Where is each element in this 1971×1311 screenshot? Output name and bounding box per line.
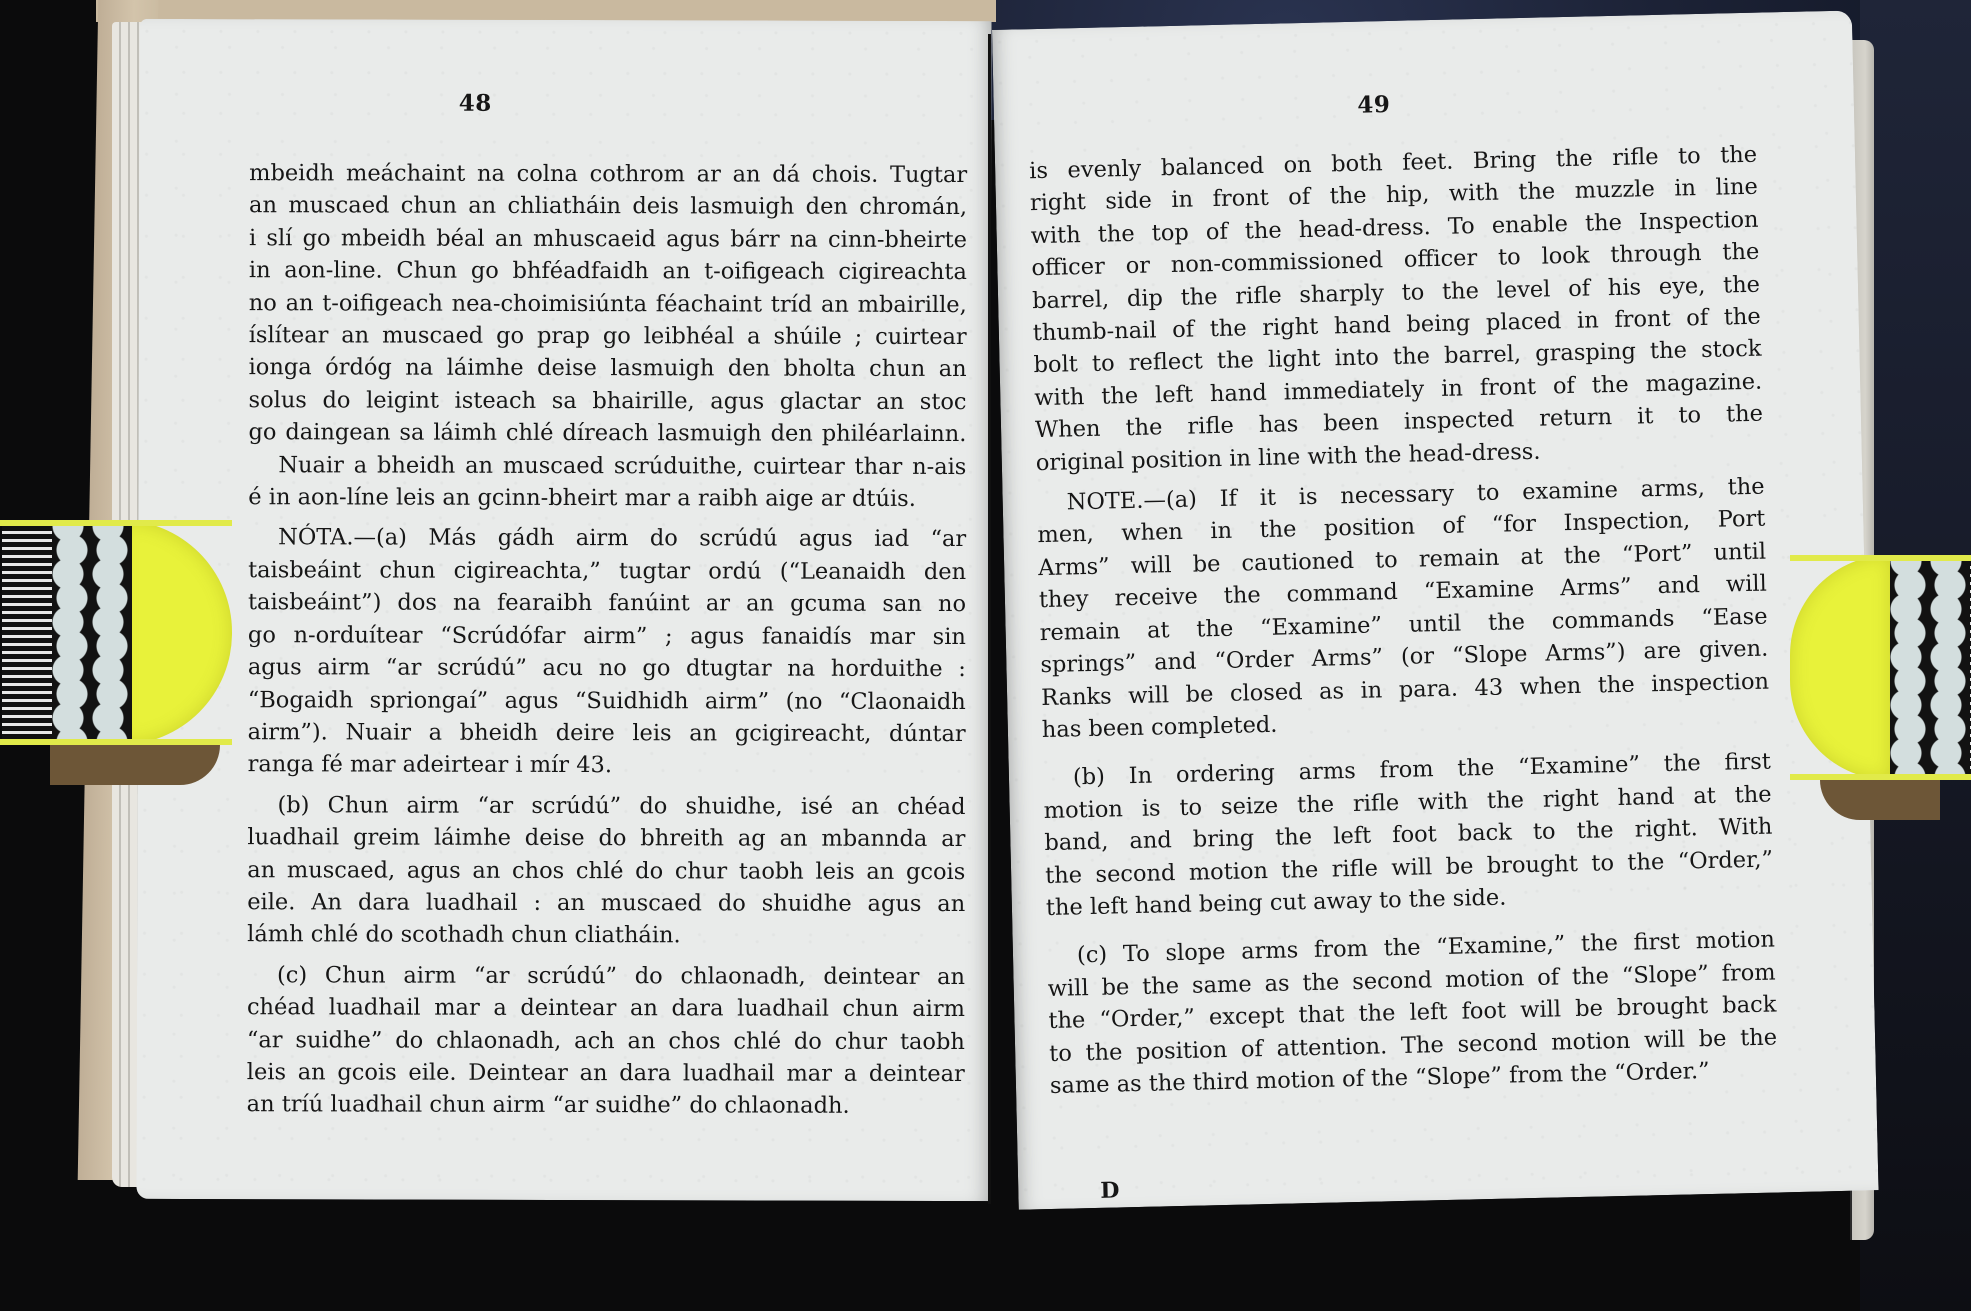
paragraph: is evenly balanced on both feet. Bring t… bbox=[1029, 139, 1764, 479]
text-line: (c) Chun airm “ar scrúdú” do chlaonadh, … bbox=[247, 959, 965, 993]
page-number-right: 49 bbox=[944, 82, 1804, 129]
note-paragraph-c: (c) To slope arms from the “Examine,” th… bbox=[1047, 924, 1778, 1103]
paragraph: Nuair a bheidh an muscaed scrúduithe, cu… bbox=[248, 449, 966, 516]
text-line: no an t-oifigeach nea-choimisiúnta féach… bbox=[249, 287, 967, 321]
clip-shadow bbox=[50, 745, 220, 785]
clip-dot-pattern bbox=[52, 526, 132, 739]
clip-dot-pattern bbox=[1890, 561, 1970, 774]
text-line: ionga órdóg na láimhe deise lasmuigh den… bbox=[249, 352, 967, 386]
text-line: taisbeáint chun cigireachta,” tugtar ord… bbox=[248, 554, 966, 588]
left-page: 48 mbeidh meáchaint na colna cothrom ar … bbox=[136, 19, 991, 1201]
text-line: an muscaed chun an chliatháin deis lasmu… bbox=[249, 190, 967, 224]
text-line: mbeidh meáchaint na colna cothrom ar an … bbox=[249, 157, 967, 191]
text-line: NÓTA.—(a) Más gádh airm do scrúdú agus i… bbox=[248, 522, 966, 556]
left-page-clip[interactable] bbox=[0, 520, 232, 745]
note-paragraph-a: NOTE.—(a) If it is necessary to examine … bbox=[1036, 471, 1770, 747]
right-page-clip[interactable] bbox=[1790, 555, 1971, 780]
text-line: (b) Chun airm “ar scrúdú” do shuidhe, is… bbox=[247, 789, 965, 823]
text-line: lámh chlé do scothadh chun cliatháin. bbox=[247, 919, 965, 953]
text-line: ranga fé mar adeirtear i mír 43. bbox=[248, 748, 966, 782]
note-paragraph-a: NÓTA.—(a) Más gádh airm do scrúdú agus i… bbox=[248, 522, 967, 783]
page-number-left: 48 bbox=[49, 89, 901, 118]
text-line: “ar suidhe” do chlaonadh, ach an chos ch… bbox=[247, 1024, 965, 1058]
left-page-text: mbeidh meáchaint na colna cothrom ar an … bbox=[247, 157, 968, 1123]
right-page-text: is evenly balanced on both feet. Bring t… bbox=[1029, 139, 1778, 1103]
text-line: “Bogaidh spriongaí” agus “Suidhidh airm”… bbox=[248, 684, 966, 718]
note-paragraph-b: (b) Chun airm “ar scrúdú” do shuidhe, is… bbox=[247, 789, 965, 953]
clip-stripe-pattern bbox=[2, 526, 52, 739]
text-line: taisbeáint”) dos na fearaibh fanúint ar … bbox=[248, 586, 966, 620]
note-paragraph-b: (b) In ordering arms from the “Examine” … bbox=[1043, 746, 1774, 925]
page-clip-icon bbox=[1790, 555, 1890, 780]
note-paragraph-c: (c) Chun airm “ar scrúdú” do chlaonadh, … bbox=[247, 959, 965, 1123]
text-line: luadhail greim láimhe deise do bhreith a… bbox=[247, 821, 965, 855]
text-line: é in aon-líne leis an gcinn-bheirt mar a… bbox=[248, 481, 966, 515]
text-line: go n-orduítear “Scrúdófar airm” ; agus f… bbox=[248, 619, 966, 653]
text-line: solus do leigint isteach sa bhairille, a… bbox=[249, 384, 967, 418]
text-line: i slí go mbeidh béal an mhuscaeid agus b… bbox=[249, 222, 967, 256]
text-line: go daingean sa láimh chlé díreach lasmui… bbox=[248, 416, 966, 450]
clip-shadow bbox=[1820, 780, 1940, 820]
text-line: agus airm “ar scrúdú” acu no go dtugtar … bbox=[248, 651, 966, 685]
text-line: chéad luadhail mar a deintear an dara lu… bbox=[247, 991, 965, 1025]
paragraph: mbeidh meáchaint na colna cothrom ar an … bbox=[248, 157, 967, 451]
text-line: airm”). Nuair a bheidh deire leis an gci… bbox=[248, 716, 966, 750]
text-line: íslítear an muscaed go prap go leibhéal … bbox=[249, 319, 967, 353]
text-line: in aon-line. Chun go bhféadfaidh an t-oi… bbox=[249, 254, 967, 288]
text-line: an tríú luadhail chun airm “ar suidhe” d… bbox=[247, 1089, 965, 1123]
right-page: 49 is evenly balanced on both feet. Brin… bbox=[992, 10, 1879, 1209]
text-line: leis an gcois eile. Deintear an dara lua… bbox=[247, 1056, 965, 1090]
text-line: Nuair a bheidh an muscaed scrúduithe, cu… bbox=[248, 449, 966, 483]
text-line: eile. An dara luadhail : an muscaed do s… bbox=[247, 886, 965, 920]
book-gutter bbox=[988, 34, 991, 1204]
signature-mark: D bbox=[1100, 1177, 1120, 1203]
page-clip-icon bbox=[120, 520, 232, 745]
text-line: an muscaed, agus an chos chlé do chur ta… bbox=[247, 854, 965, 888]
